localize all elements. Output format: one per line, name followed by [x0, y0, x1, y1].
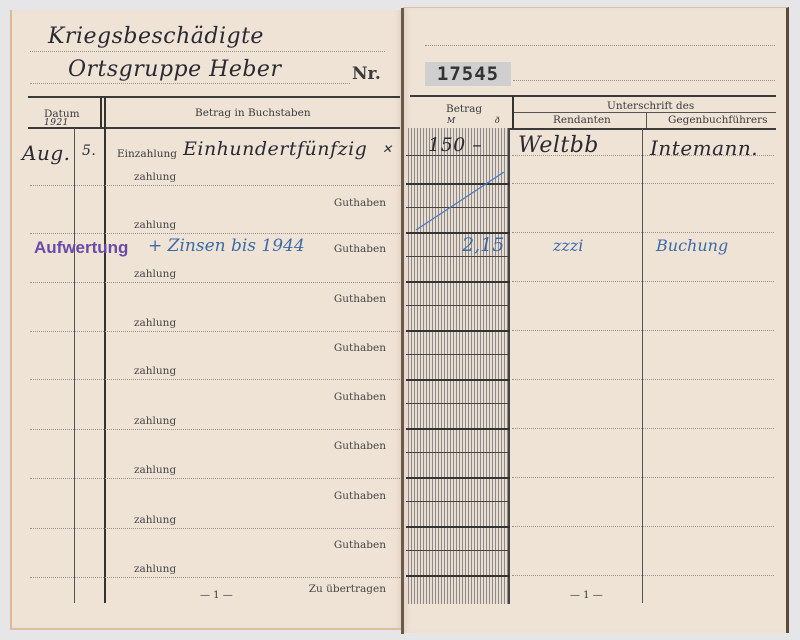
cancel-stroke-icon: [414, 170, 506, 232]
pfennig-mark: ð: [495, 116, 500, 125]
row-rule: [512, 281, 774, 282]
signature-subheader-rule: [514, 112, 776, 113]
grid-row-line: [406, 305, 510, 306]
left-header-top-rule: [28, 96, 400, 98]
row-label-zahlung: zahlung: [134, 365, 176, 377]
row-label-zahlung: zahlung: [134, 464, 176, 476]
row-label-guthaben: Guthaben: [334, 440, 386, 452]
row-label-zahlung: zahlung: [134, 317, 176, 329]
row-label-guthaben: Guthaben: [334, 539, 386, 551]
row-rule: [30, 331, 400, 332]
entry-amount-words: Einhundertfünfzig: [183, 138, 367, 160]
right-page-number: — 1 —: [570, 590, 603, 601]
owner-line-2: Ortsgruppe Heber: [68, 57, 281, 82]
aufwertung-stamp: Aufwertung: [34, 238, 128, 258]
signature-group-header: Unterschrift des: [607, 100, 694, 112]
row-label-zahlung: zahlung: [134, 415, 176, 427]
owner-line-1: Kriegsbeschädigte: [48, 24, 264, 49]
row-rule: [30, 528, 400, 529]
grid-row-line: [406, 379, 510, 381]
grid-row-line: [406, 452, 510, 453]
row-label-guthaben: Guthaben: [334, 197, 386, 209]
amount-words-header: Betrag in Buchstaben: [195, 107, 311, 119]
entry-month: Aug.: [22, 141, 70, 165]
row-label-zahlung: zahlung: [134, 514, 176, 526]
book-spine: [401, 8, 404, 634]
left-header-bottom-rule: [28, 127, 400, 129]
einzahlung-label: Einzahlung: [117, 148, 177, 160]
owner-line-2-rule: [30, 83, 350, 84]
rendanten-header: Rendanten: [553, 114, 611, 126]
row-label-zahlung: zahlung: [134, 219, 176, 231]
cashier-signature-blue: zzzi: [553, 236, 583, 255]
left-page-number: — 1 —: [200, 590, 233, 601]
account-number: 17545: [425, 62, 511, 86]
carry-forward-label: Zu übertragen: [309, 583, 386, 595]
left-page: [10, 10, 402, 630]
row-rule: [512, 379, 774, 380]
entry-cross-mark: ✕: [382, 142, 393, 156]
row-rule: [512, 477, 774, 478]
grid-row-line: [406, 550, 510, 551]
row-label-zahlung: zahlung: [134, 171, 176, 183]
row-rule: [30, 478, 400, 479]
row-label-guthaben: Guthaben: [334, 490, 386, 502]
mark-currency: M: [447, 116, 456, 125]
counter-signature-blue: Buchung: [656, 236, 728, 255]
cashier-signature: Weltbb: [518, 133, 599, 158]
owner-line-1-rule: [30, 51, 385, 52]
row-rule: [512, 428, 774, 429]
row-rule: [30, 429, 400, 430]
betrag-header: Betrag: [446, 103, 482, 115]
row-rule: [30, 233, 400, 234]
grid-row-line: [406, 256, 510, 257]
signature-column-divider: [642, 128, 643, 603]
row-label-guthaben: Guthaben: [334, 391, 386, 403]
entry-day: 5.: [82, 143, 96, 159]
grid-row-line: [406, 330, 510, 332]
grid-row-line: [406, 575, 510, 577]
row-label-zahlung: zahlung: [134, 563, 176, 575]
right-top-rule: [425, 45, 775, 46]
left-header-divider: [100, 97, 102, 127]
row-label-zahlung: zahlung: [134, 268, 176, 280]
grid-row-line: [406, 526, 510, 528]
signature-subheader-divider: [646, 112, 647, 128]
row-rule: [30, 379, 400, 380]
row-label-guthaben: Guthaben: [334, 342, 386, 354]
row-rule: [30, 185, 400, 186]
row-rule: [30, 577, 400, 578]
interest-note: + Zinsen bis 1944: [148, 236, 305, 256]
nr-label: Nr.: [352, 64, 381, 84]
row-label-guthaben: Guthaben: [334, 243, 386, 255]
row-rule: [512, 526, 774, 527]
gegenbuchfuehrer-header: Gegenbuchführers: [668, 114, 767, 126]
grid-row-line: [406, 354, 510, 355]
grid-row-line: [406, 428, 510, 430]
row-rule: [30, 282, 400, 283]
grid-row-line: [406, 281, 510, 283]
row-rule: [512, 330, 774, 331]
row-rule: [512, 232, 774, 233]
right-header-top-rule: [410, 95, 776, 97]
month-day-divider: [74, 128, 75, 603]
grid-row-line: [406, 501, 510, 502]
entry-amount: 150 –: [428, 134, 482, 156]
row-rule: [512, 575, 774, 576]
grid-row-line: [406, 403, 510, 404]
right-second-rule: [513, 80, 775, 81]
row-label-guthaben: Guthaben: [334, 293, 386, 305]
row-rule: [512, 183, 774, 184]
counter-signature: Intemann.: [650, 136, 758, 160]
grid-row-line: [406, 477, 510, 479]
interest-amount: 2,15: [462, 234, 504, 256]
